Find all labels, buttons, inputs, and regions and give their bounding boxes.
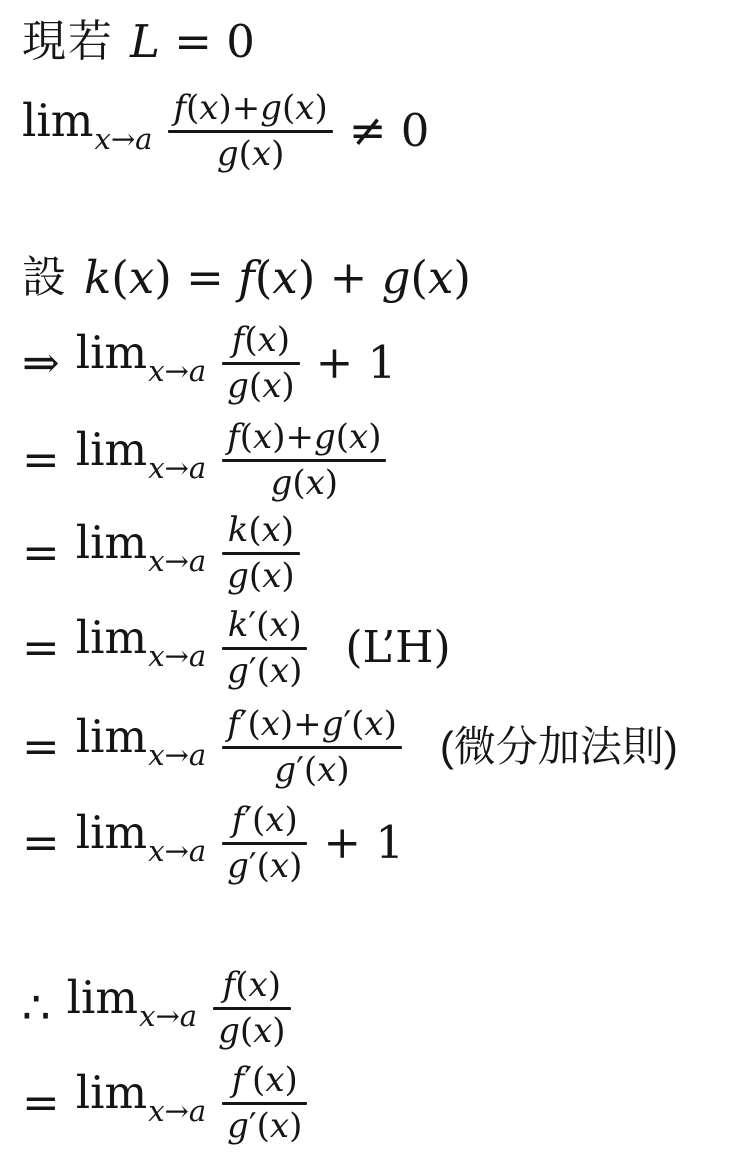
numerator: k′(x): [223, 605, 307, 647]
lim-word: lim: [76, 1066, 147, 1119]
limit-subscript: x→a: [148, 354, 206, 388]
lhopital-note: (L’H): [345, 624, 450, 672]
limit-operator: limx→a: [76, 1068, 206, 1128]
denominator: g′(x): [222, 1105, 307, 1146]
math-text: ≠ 0: [349, 106, 430, 156]
math-text: L = 0: [130, 17, 255, 67]
fraction: f(x)+g(x) g(x): [168, 88, 332, 174]
limit-operator: limx→a: [76, 712, 206, 772]
fraction: f(x)+g(x) g(x): [222, 417, 386, 503]
equals-sign: =: [22, 722, 60, 772]
derivation-step-line: = limx→a f′(x) g′(x) + 1: [22, 799, 404, 887]
assumption-line: 現若 L = 0: [22, 14, 255, 70]
sum-rule-note: (微分加法則): [440, 724, 678, 770]
limit-subscript: x→a: [148, 544, 206, 578]
denominator: g′(x): [222, 845, 307, 886]
denominator: g(x): [222, 555, 299, 596]
limit-operator: limx→a: [76, 425, 206, 485]
equals-sign: =: [22, 1078, 60, 1128]
sum-rule-step-line: = limx→a f′(x)+g′(x) g′(x) (微分加法則): [22, 703, 678, 791]
numerator: f(x): [227, 320, 295, 362]
limit-operator: limx→a: [67, 973, 197, 1033]
numerator: f(x)+g(x): [168, 88, 332, 130]
limit-subscript: x→a: [94, 122, 152, 156]
lim-word: lim: [22, 94, 93, 147]
limit-subscript: x→a: [148, 834, 206, 868]
math-text: + 1: [323, 818, 404, 868]
limit-subscript: x→a: [148, 1094, 206, 1128]
limit-operator: limx→a: [76, 518, 206, 578]
derivation-step-line: = limx→a k(x) g(x): [22, 511, 300, 595]
limit-subscript: x→a: [148, 639, 206, 673]
equals-sign: =: [22, 435, 60, 485]
definition-line: 設 k(x) = f(x) + g(x): [22, 248, 471, 308]
limit-subscript: x→a: [148, 738, 206, 772]
fraction: f(x) g(x): [213, 965, 290, 1051]
numerator: f′(x): [227, 1060, 303, 1102]
lim-word: lim: [76, 516, 147, 569]
fraction: f′(x) g′(x): [222, 800, 307, 886]
limit-operator: limx→a: [76, 328, 206, 388]
fraction: f(x) g(x): [222, 320, 299, 406]
lim-word: lim: [76, 326, 147, 379]
cjk-text: 設: [22, 254, 68, 302]
numerator: f′(x): [227, 800, 303, 842]
numerator: k(x): [223, 510, 299, 552]
denominator: g′(x): [222, 650, 307, 691]
lim-word: lim: [76, 806, 147, 859]
denominator: g(x): [266, 462, 343, 503]
implication-line: ⇒ limx→a f(x) g(x) + 1: [22, 321, 396, 405]
conclusion-result-line: = limx→a f′(x) g′(x): [22, 1059, 307, 1147]
math-text: k(x) = f(x) + g(x): [84, 253, 471, 303]
lim-word: lim: [76, 611, 147, 664]
limit-operator: limx→a: [76, 613, 206, 673]
limit-subscript: x→a: [139, 999, 197, 1033]
numerator: f(x): [218, 965, 286, 1007]
equals-sign: =: [22, 818, 60, 868]
math-notes-page: 現若 L = 0 limx→a f(x)+g(x) g(x) ≠ 0 設 k(x…: [0, 0, 740, 1170]
equals-sign: =: [22, 623, 60, 673]
limit-operator: limx→a: [76, 808, 206, 868]
numerator: f′(x)+g′(x): [222, 704, 402, 746]
math-text: + 1: [316, 338, 397, 388]
conclusion-line: ∴ limx→a f(x) g(x): [22, 964, 291, 1052]
lim-word: lim: [67, 971, 138, 1024]
fraction: k′(x) g′(x): [222, 605, 307, 691]
fraction: f′(x) g′(x): [222, 1060, 307, 1146]
therefore-sign: ∴: [22, 983, 51, 1033]
numerator: f(x)+g(x): [222, 417, 386, 459]
limit-operator: limx→a: [22, 96, 152, 156]
lim-word: lim: [76, 423, 147, 476]
denominator: g(x): [212, 133, 289, 174]
fraction: k(x) g(x): [222, 510, 299, 596]
denominator: g′(x): [269, 749, 354, 790]
implies-arrow: ⇒: [22, 338, 60, 388]
limit-subscript: x→a: [148, 451, 206, 485]
lhopital-step-line: = limx→a k′(x) g′(x) (L’H): [22, 606, 451, 690]
hypothesis-limit-line: limx→a f(x)+g(x) g(x) ≠ 0: [22, 89, 429, 173]
derivation-step-line: = limx→a f(x)+g(x) g(x): [22, 418, 386, 502]
lim-word: lim: [76, 710, 147, 763]
fraction: f′(x)+g′(x) g′(x): [222, 704, 402, 790]
denominator: g(x): [222, 365, 299, 406]
denominator: g(x): [213, 1010, 290, 1051]
cjk-text: 現若: [22, 18, 114, 66]
equals-sign: =: [22, 528, 60, 578]
